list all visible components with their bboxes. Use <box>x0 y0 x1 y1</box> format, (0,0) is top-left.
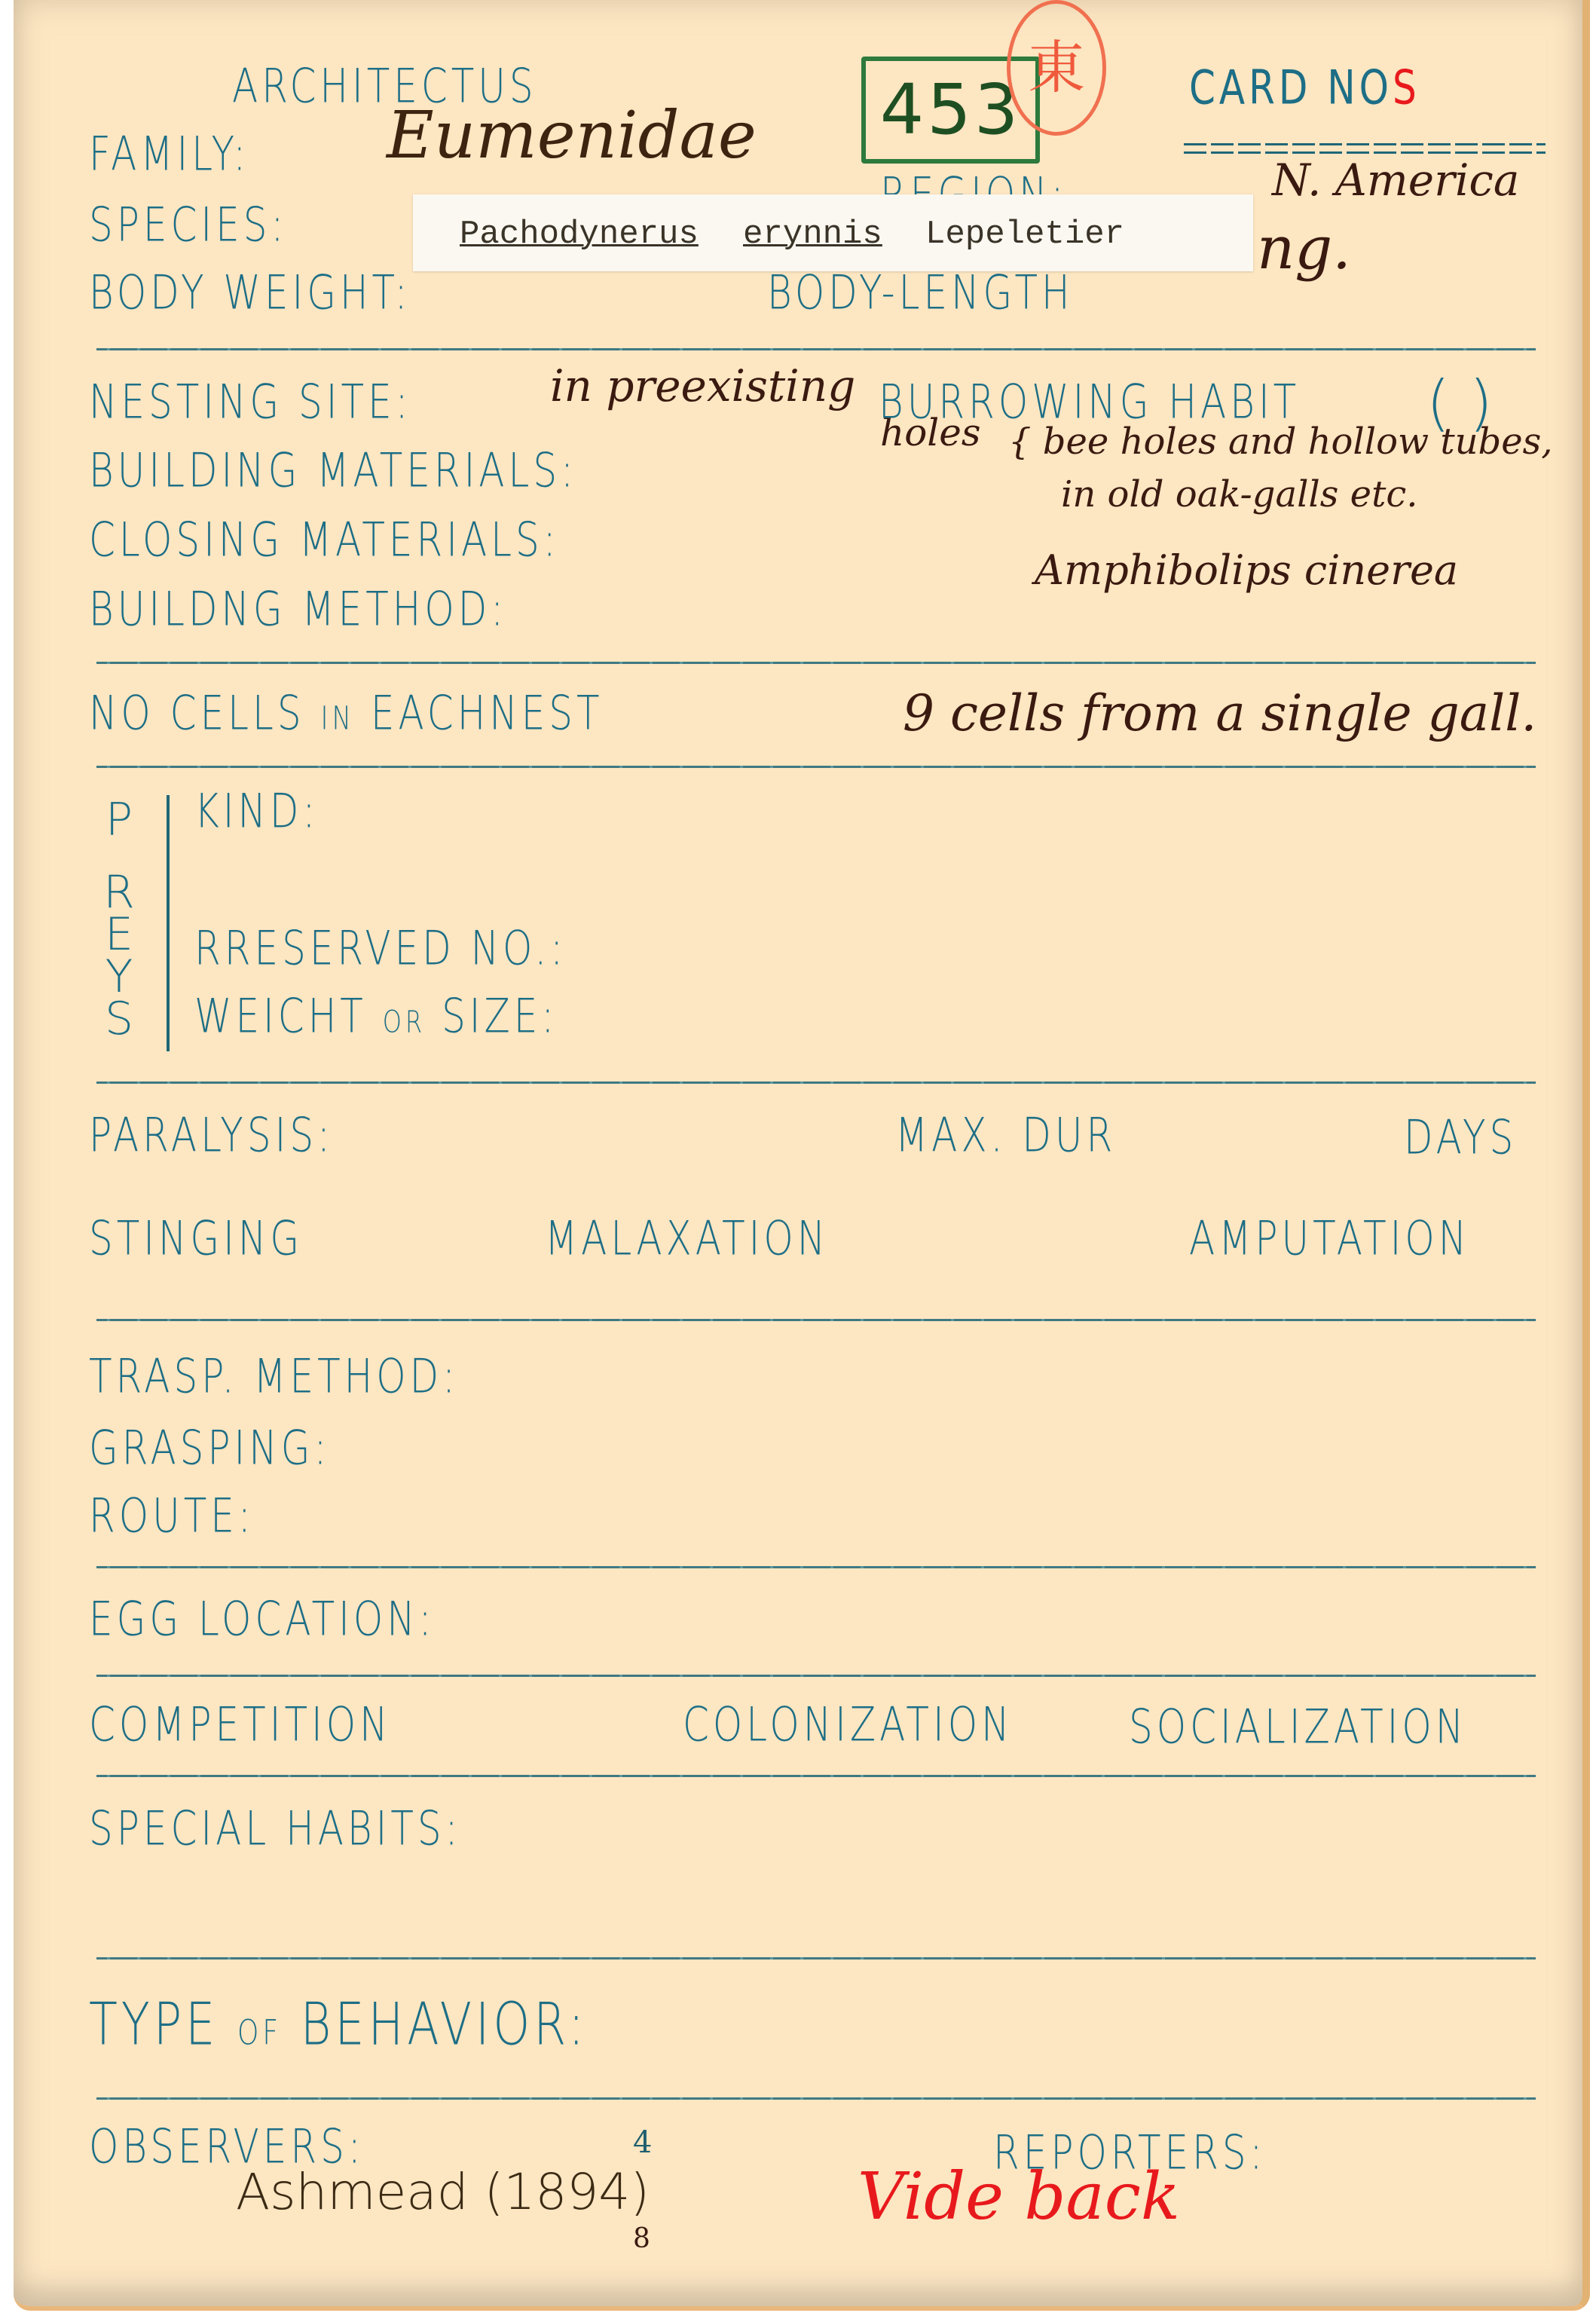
cells-label-b: EACHNEST <box>371 686 604 741</box>
special-habits-label: SPECIAL HABITS: <box>89 1801 462 1856</box>
stinging-label: STINGING <box>89 1211 303 1266</box>
socialization-label: SOCIALIZATION <box>1129 1699 1467 1755</box>
nesting-site-label: NESTING SITE: <box>89 375 412 430</box>
building-materials-label: BUILDING MATERIALS: <box>89 443 577 498</box>
preys-letter: S <box>96 998 142 1040</box>
family-label: FAMILY: <box>89 127 249 182</box>
observers-year-correction-below: 8 <box>633 2223 650 2254</box>
red-seal-stamp: 東 <box>1007 0 1106 136</box>
preys-vertical-label: P R E Y S <box>96 799 142 1040</box>
divider <box>96 662 1536 664</box>
preys-letter: P <box>96 799 142 841</box>
colonization-label: COLONIZATION <box>683 1697 1013 1752</box>
behavior-type-a: TYPE <box>89 1990 219 2058</box>
competition-label: COMPETITION <box>89 1697 391 1752</box>
divider <box>96 1957 1536 1959</box>
species-author: Lepeletier <box>925 216 1124 253</box>
behavior-type-label: TYPE OF BEHAVIOR: <box>89 1990 588 2058</box>
preys-divider-bar <box>167 795 170 1051</box>
preys-letter: R <box>96 871 142 913</box>
divider <box>96 348 1536 350</box>
region-value: N. America <box>1272 154 1519 206</box>
building-note-1: { bee holes and hollow tubes, <box>1008 421 1553 463</box>
grasping-label: GRASPING: <box>89 1421 330 1476</box>
malaxation-label: MALAXATION <box>545 1211 829 1266</box>
preys-letter: E <box>96 913 142 956</box>
cells-label-a: NO CELLS <box>89 686 305 741</box>
divider <box>96 2097 1536 2100</box>
card-no-rule-1 <box>1184 143 1546 145</box>
card-no-label: CARD NOS <box>1189 60 1420 115</box>
preys-letter: Y <box>96 956 142 998</box>
cells-label: NO CELLS IN EACHNEST <box>89 686 604 741</box>
card-no-text: CARD NO <box>1189 60 1393 115</box>
divider <box>96 1675 1536 1677</box>
weight-text: WEICHT <box>194 989 367 1044</box>
prey-weight-label: WEICHT OR SIZE: <box>194 989 558 1044</box>
gall-species-note: Amphibolips cinerea <box>1035 546 1458 594</box>
cells-label-in: IN <box>321 700 355 738</box>
species-label: SPECIES: <box>89 197 287 252</box>
prey-kind-label: KIND: <box>194 784 319 839</box>
divider <box>96 766 1536 768</box>
specimen-card: ARCHITECTUS 453 東 CARD NOS FAMILY: Eumen… <box>14 0 1590 2311</box>
days-label: DAYS <box>1404 1110 1517 1165</box>
observers-year-correction-above: 4 <box>633 2125 652 2160</box>
closing-materials-label: CLOSING MATERIALS: <box>89 512 560 567</box>
species-label-strip: Pachodynerus erynnis Lepeletier <box>413 194 1253 271</box>
transport-method-label: TRASP. METHOD: <box>89 1349 459 1404</box>
max-duration-label: MAX. DUR <box>895 1108 1116 1163</box>
prey-preserved-label: RRESERVED NO.: <box>194 921 567 976</box>
body-length-label: BODY-LENGTH <box>767 265 1074 320</box>
weight-size: SIZE: <box>442 989 558 1044</box>
body-weight-label: BODY WEIGHT: <box>89 265 411 320</box>
species-handwritten-tail: ng. <box>1257 215 1351 283</box>
behavior-type-of: OF <box>237 2015 282 2053</box>
card-no-rule-2 <box>1184 151 1546 154</box>
card-no-suffix: S <box>1393 60 1420 115</box>
divider <box>96 1775 1536 1777</box>
weight-or: OR <box>383 1004 426 1040</box>
paralysis-label: PARALYSIS: <box>89 1108 334 1163</box>
egg-location-label: EGG LOCATION: <box>89 1592 436 1647</box>
divider <box>96 1566 1536 1568</box>
route-label: ROUTE: <box>89 1488 255 1543</box>
building-method-label: BUILDNG METHOD: <box>89 582 507 637</box>
divider <box>96 1081 1536 1084</box>
cells-value: 9 cells from a single gall. <box>903 684 1536 742</box>
behavior-type-b: BEHAVIOR: <box>301 1990 588 2058</box>
nesting-site-value: in preexisting <box>550 360 855 411</box>
building-note-2: in old oak-galls etc. <box>1061 473 1418 515</box>
divider <box>96 1319 1536 1321</box>
amputation-label: AMPUTATION <box>1189 1211 1470 1266</box>
species-genus: Pachodynerus <box>460 216 699 253</box>
species-epithet: erynnis <box>743 216 882 253</box>
observers-value: Ashmead (1894) <box>236 2163 650 2221</box>
reporters-value: Vide back <box>858 2159 1180 2235</box>
family-value: Eumenidae <box>387 98 757 173</box>
